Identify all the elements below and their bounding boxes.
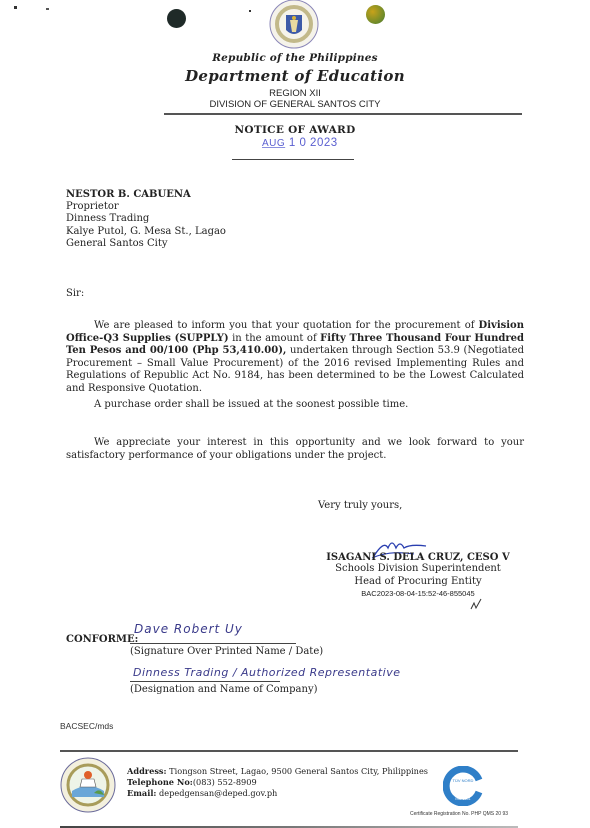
- closing: Very truly yours,: [318, 500, 402, 511]
- letterhead-department: Department of Education: [0, 67, 590, 85]
- reference-number: BAC2023-08-04-15:52-46-855045: [298, 589, 538, 598]
- address-label: Address:: [127, 766, 167, 776]
- scan-speck: [14, 6, 17, 9]
- footer-contact: Address: Tiongson Street, Lagao, 9500 Ge…: [127, 766, 428, 798]
- scan-speck: [249, 10, 251, 12]
- svg-text:TÜV NORD: TÜV NORD: [453, 778, 474, 783]
- iso-certification-icon: TÜV NORD ISO 9001: [443, 766, 483, 806]
- letterhead-region: REGION XII: [0, 88, 590, 99]
- footer-divider: [60, 750, 518, 752]
- signature-line: [130, 643, 296, 644]
- document-title: NOTICE OF AWARD: [0, 124, 590, 136]
- scan-speck: [46, 8, 49, 10]
- recipient-position: Proprietor: [66, 201, 226, 213]
- conforme-label: CONFORME:: [66, 634, 138, 645]
- certificate-registration: Certificate Registration No. PHP QMS 20 …: [410, 811, 508, 817]
- p1-text-a: We are pleased to inform you that your q…: [94, 320, 479, 331]
- p1-text-b: in the amount of: [229, 333, 321, 344]
- letterhead-republic: Republic of the Philippines: [0, 52, 590, 64]
- recipient-address-line2: General Santos City: [66, 238, 226, 250]
- signatory-title1: Schools Division Superintendent: [298, 563, 538, 576]
- stamp-day-year: 1 0 2023: [289, 137, 338, 149]
- division-logo-icon: [60, 757, 116, 813]
- letterhead-divider: [164, 113, 522, 115]
- signature-caption: (Signature Over Printed Name / Date): [130, 646, 323, 657]
- title-underline: [232, 159, 354, 160]
- address-value: Tiongson Street, Lagao, 9500 General San…: [167, 766, 428, 776]
- signatory-block: ISAGANI S. DELA CRUZ, CESO V Schools Div…: [298, 552, 538, 598]
- date-stamp: AUG 1 0 2023: [262, 137, 338, 149]
- conforme-designation: Dinness Trading / Authorized Representat…: [133, 666, 400, 679]
- designation-line: [130, 681, 280, 682]
- punch-hole-right: [366, 5, 385, 24]
- stamp-month: AUG: [262, 138, 285, 149]
- paragraph-purchase-order: A purchase order shall be issued at the …: [66, 399, 524, 412]
- signatory-title2: Head of Procuring Entity: [298, 576, 538, 589]
- recipient-block: NESTOR B. CABUENA Proprietor Dinness Tra…: [66, 189, 226, 250]
- recipient-address-line1: Kalye Putol, G. Mesa St., Lagao: [66, 226, 226, 238]
- letterhead-division: DIVISION OF GENERAL SANTOS CITY: [0, 99, 590, 110]
- salutation: Sir:: [66, 288, 84, 299]
- recipient-company: Dinness Trading: [66, 213, 226, 225]
- email-label: Email:: [127, 788, 156, 798]
- reference-initials: BACSEC/mds: [60, 721, 113, 731]
- designation-caption: (Designation and Name of Company): [130, 684, 318, 695]
- telephone-label: Telephone No:: [127, 777, 193, 787]
- telephone-value: (083) 552-8909: [193, 777, 257, 787]
- svg-text:ISO 9001: ISO 9001: [455, 797, 470, 801]
- signatory-name: ISAGANI S. DELA CRUZ, CESO V: [298, 552, 538, 563]
- paragraph-award: We are pleased to inform you that your q…: [66, 320, 524, 395]
- initial-mark-icon: [469, 597, 483, 611]
- punch-hole-left: [167, 9, 186, 28]
- deped-seal-icon: [268, 0, 320, 50]
- conforme-signature: Dave Robert Uy: [134, 622, 243, 636]
- recipient-name: NESTOR B. CABUENA: [66, 189, 226, 201]
- email-value: depedgensan@deped.gov.ph: [156, 788, 277, 798]
- paragraph-appreciation: We appreciate your interest in this oppo…: [66, 437, 524, 462]
